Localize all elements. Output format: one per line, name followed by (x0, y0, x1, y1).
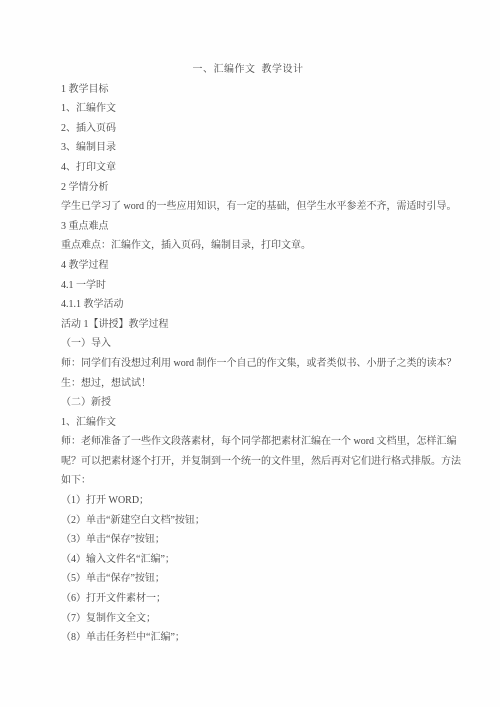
document-line: （3）单击“保存”按钮； (61, 530, 455, 550)
document-line: 4.1.1 教学活动 (61, 295, 455, 315)
document-page: 一、汇编作文 教学设计 1 教学目标1、汇编作文2、插入页码3、编制目录4、打印… (0, 0, 500, 707)
document-line: 4、打印文章 (61, 158, 455, 178)
document-line: 4.1 一学时 (61, 276, 455, 296)
document-line: 3 重点难点 (61, 217, 455, 237)
document-line: （一）导入 (61, 334, 455, 354)
document-line: 3、编制目录 (61, 138, 455, 158)
document-line: 生：想过，想试试！ (61, 374, 455, 394)
document-line: 师：同学们有没想过利用 word 制作一个自己的作文集，或者类似书、小册子之类的… (61, 354, 455, 374)
document-line: 1、汇编作文 (61, 413, 455, 433)
document-line: 活动 1【讲授】教学过程 (61, 315, 455, 335)
document-title: 一、汇编作文 教学设计 (61, 60, 455, 80)
document-line: （8）单击任务栏中“汇编”； (61, 628, 455, 648)
document-line: （5）单击“保存”按钮； (61, 569, 455, 589)
document-line: 4 教学过程 (61, 256, 455, 276)
document-line: 2、插入页码 (61, 119, 455, 139)
document-line: （7）复制作文全文； (61, 609, 455, 629)
document-line: 2 学情分析 (61, 178, 455, 198)
document-line: （二）新授 (61, 393, 455, 413)
document-line: 1、汇编作文 (61, 99, 455, 119)
document-body: 1 教学目标1、汇编作文2、插入页码3、编制目录4、打印文章2 学情分析学生已学… (61, 80, 455, 648)
document-line: （6）打开文件素材一； (61, 589, 455, 609)
document-line: （2）单击“新建空白文档”按钮； (61, 511, 455, 531)
document-line: 1 教学目标 (61, 80, 455, 100)
document-line: 学生已学习了 word 的一些应用知识，有一定的基础，但学生水平参差不齐，需适时… (61, 197, 455, 217)
document-line: 如下： (61, 471, 455, 491)
document-line: 呢？可以把素材逐个打开，并复制到一个统一的文件里，然后再对它们进行格式排版。方法 (61, 452, 455, 472)
document-line: 重点难点：汇编作文，插入页码，编制目录，打印文章。 (61, 236, 455, 256)
document-line: （4）输入文件名“汇编”； (61, 550, 455, 570)
document-line: （1）打开 WORD； (61, 491, 455, 511)
document-line: 师：老师准备了一些作文段落素材，每个同学都把素材汇编在一个 word 文档里，怎… (61, 432, 455, 452)
